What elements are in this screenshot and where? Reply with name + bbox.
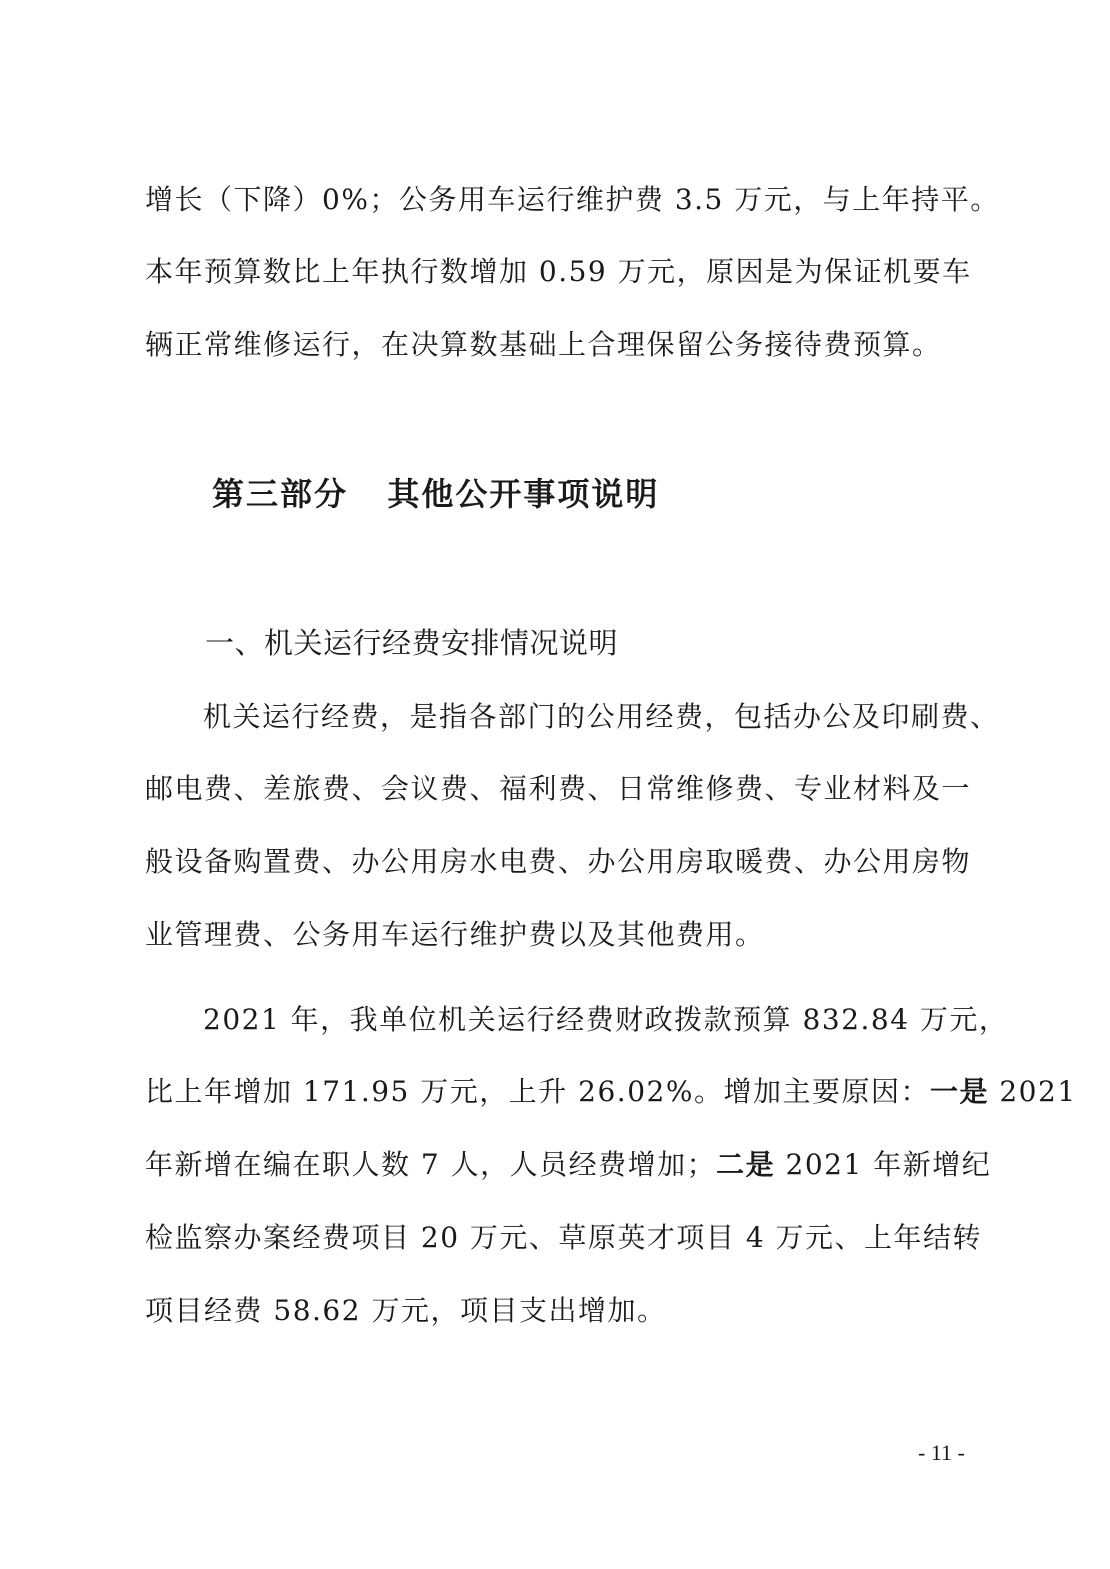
continuation-line-1: 增长（下降）0%；公务用车运行维护费 3.5 万元，与上年持平。 [145, 180, 967, 220]
continuation-line-3: 辆正常维修运行，在决算数基础上合理保留公务接待费预算。 [145, 325, 967, 365]
section-title: 第三部分 其他公开事项说明 [212, 472, 659, 516]
definition-line-4: 业管理费、公务用车运行维护费以及其他费用。 [145, 915, 967, 955]
definition-line-3: 般设备购置费、办公用房水电费、办公用房取暖费、办公用房物 [145, 842, 967, 882]
budget-line-4: 检监察办案经费项目 20 万元、草原英才项目 4 万元、上年结转 [145, 1218, 967, 1258]
budget-line-3-rest: 2021 年新增纪 [775, 1148, 991, 1181]
budget-line-3-text: 年新增在编在职人数 7 人，人员经费增加； [145, 1148, 716, 1181]
budget-line-2-year: 2021 [989, 1075, 1077, 1108]
budget-line-3: 年新增在编在职人数 7 人，人员经费增加；二是 2021 年新增纪 [145, 1145, 967, 1185]
budget-line-5: 项目经费 58.62 万元，项目支出增加。 [145, 1291, 967, 1331]
definition-line-1: 机关运行经费，是指各部门的公用经费，包括办公及印刷费、 [203, 697, 967, 737]
budget-line-2-text: 比上年增加 171.95 万元，上升 26.02%。增加主要原因： [145, 1075, 930, 1108]
document-page: 增长（下降）0%；公务用车运行维护费 3.5 万元，与上年持平。 本年预算数比上… [0, 0, 1110, 1569]
budget-line-1: 2021 年，我单位机关运行经费财政拨款预算 832.84 万元， [203, 1000, 967, 1040]
budget-line-2: 比上年增加 171.95 万元，上升 26.02%。增加主要原因：一是 2021 [145, 1072, 967, 1112]
continuation-line-2: 本年预算数比上年执行数增加 0.59 万元，原因是为保证机要车 [145, 252, 967, 292]
reason-two-label: 二是 [716, 1148, 775, 1181]
subheading: 一、机关运行经费安排情况说明 [205, 622, 618, 664]
reason-one-label: 一是 [930, 1075, 989, 1108]
page-number: - 11 - [918, 1440, 965, 1466]
definition-line-2: 邮电费、差旅费、会议费、福利费、日常维修费、专业材料及一 [145, 769, 967, 809]
